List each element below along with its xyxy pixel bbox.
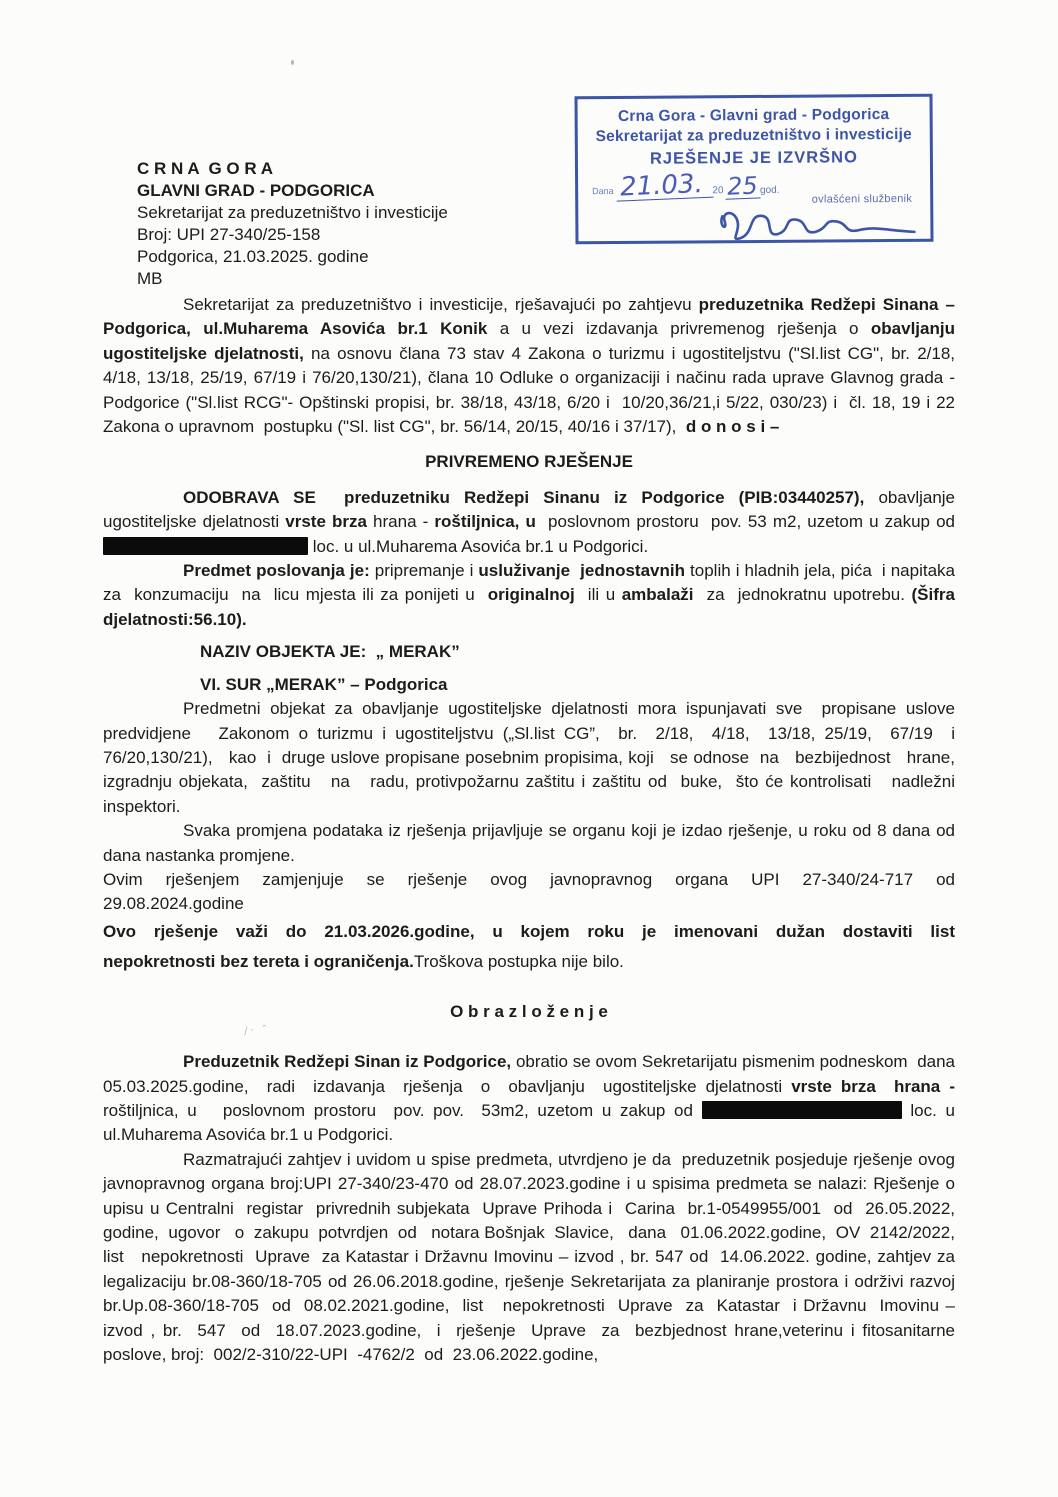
text-run: ODOBRAVA SE preduzetniku Redžepi Sinanu …	[183, 488, 864, 507]
stamp-authority-line: Crna Gora - Glavni grad - Podgorica	[578, 105, 930, 127]
text-run: O b r a z l o ž e n j e	[450, 1002, 608, 1021]
text-run: d o n o s i –	[686, 417, 780, 436]
text-run: za jednokratnu upotrebu.	[694, 585, 912, 604]
stamp-handwritten-year: 25	[725, 173, 761, 199]
podnesak-paragraph: Preduzetnik Redžepi Sinan iz Podgorice, …	[103, 1050, 955, 1148]
obrazlozenje-heading: O b r a z l o ž e n j e	[103, 1000, 955, 1024]
text-run: Ovim rješenjem zamjenjuje se rješenje ov…	[103, 870, 960, 913]
odobrava-paragraph: ODOBRAVA SE preduzetniku Redžepi Sinanu …	[103, 486, 955, 559]
promjena-paragraph: Svaka promjena podataka iz rješenja prij…	[103, 819, 955, 868]
text-run: Svaka promjena podataka iz rješenja prij…	[103, 821, 960, 864]
text-run: vrste brza	[285, 512, 367, 531]
text-run: a u vezi izdavanja privremenog rješenja …	[487, 319, 871, 338]
intro-paragraph: Sekretarijat za preduzetništvo i investi…	[103, 293, 955, 439]
signature-icon	[714, 201, 924, 246]
text-run: hrana -	[367, 512, 434, 531]
uslovi-paragraph: Predmetni objekat za obavljanje ugostite…	[103, 697, 955, 819]
text-run: NAZIV OBJEKTA JE: „ MERAK”	[200, 642, 460, 661]
text-run: Sekretarijat za preduzetništvo i investi…	[183, 295, 699, 314]
redaction-bar	[702, 1101, 902, 1119]
stamp-year-suffix: god.	[760, 185, 780, 199]
object-name-line: NAZIV OBJEKTA JE: „ MERAK”	[103, 640, 955, 664]
text-run: originalnoj	[488, 585, 575, 604]
text-run: Razmatrajući zahtjev i uvidom u spise pr…	[103, 1150, 974, 1364]
predmet-paragraph: Predmet poslovanja je: pripremanje i usl…	[103, 559, 955, 632]
text-run: Troškova postupka nije bilo.	[414, 952, 624, 971]
spisi-paragraph: Razmatrajući zahtjev i uvidom u spise pr…	[103, 1148, 955, 1368]
stamp-handwritten-date: 21.03.	[615, 171, 713, 202]
letterhead-initials: MB	[137, 268, 955, 290]
document-page: ⁄· ‐ Crna Gora - Glavni grad - Podgorica…	[0, 0, 1058, 1497]
execution-stamp: Crna Gora - Glavni grad - Podgorica Sekr…	[574, 94, 933, 244]
text-run: VI. SUR „MERAK” – Podgorica	[200, 675, 447, 694]
scan-speck	[291, 60, 294, 65]
stamp-secretariat-line: Sekretarijat za preduzetništvo i investi…	[578, 125, 930, 147]
text-run: ili u	[575, 585, 622, 604]
object-type-line: VI. SUR „MERAK” – Podgorica	[103, 673, 955, 697]
redaction-bar	[103, 537, 308, 555]
stamp-title-line: RJEŠENJE JE IZVRŠNO	[578, 147, 930, 169]
text-run: PRIVREMENO RJEŠENJE	[425, 452, 633, 471]
text-run: vrste brza hrana -	[791, 1077, 955, 1096]
text-run: Predmet poslovanja je:	[183, 561, 370, 580]
decision-title: PRIVREMENO RJEŠENJE	[103, 450, 955, 474]
text-run: loc. u ul.Muharema Asovića br.1 u Podgor…	[308, 537, 648, 556]
vazenje-paragraph: Ovo rješenje važi do 21.03.2026.godine, …	[103, 917, 955, 978]
text-run: poslovnom prostoru pov. 53 m2, uzetom u …	[536, 512, 960, 531]
text-run: roštiljnica, u	[434, 512, 536, 531]
zamjena-paragraph: Ovim rješenjem zamjenjuje se rješenje ov…	[103, 868, 955, 917]
text-run: usluživanje jednostavnih	[478, 561, 685, 580]
letterhead-date: Podgorica, 21.03.2025. godine	[137, 246, 955, 268]
stamp-date-label: Dana	[592, 186, 614, 200]
text-run: Preduzetnik Redžepi Sinan iz Podgorice,	[183, 1052, 511, 1071]
text-run: ambalaži	[622, 585, 694, 604]
text-run: Predmetni objekat za obavljanje ugostite…	[103, 699, 969, 816]
stamp-year-prefix: 20	[712, 185, 723, 199]
text-run: pripremanje i	[370, 561, 479, 580]
document-body: Sekretarijat za preduzetništvo i investi…	[103, 293, 955, 1367]
